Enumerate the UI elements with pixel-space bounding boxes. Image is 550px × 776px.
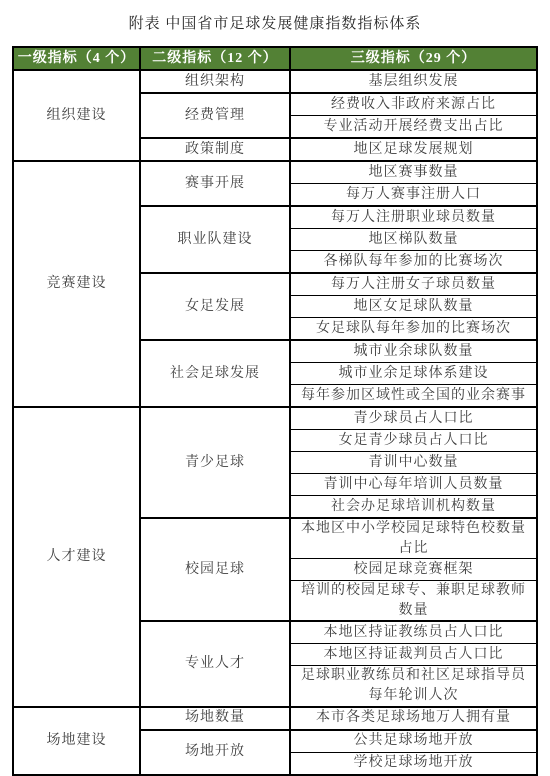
level2-indicator-cell: 政策制度 <box>140 138 290 161</box>
level2-indicator-cell: 场地数量 <box>140 707 290 730</box>
level3-indicator-cell: 城市业余球队数量 <box>290 340 537 363</box>
level2-indicator-cell: 经费管理 <box>140 93 290 138</box>
header-row: 一级指标（4 个） 二级指标（12 个） 三级指标（29 个） <box>13 47 537 70</box>
page-title: 附表 中国省市足球发展健康指数指标体系 <box>0 12 550 33</box>
level3-indicator-cell: 公共足球场地开放 <box>290 730 537 753</box>
level3-indicator-cell: 基层组织发展 <box>290 70 537 93</box>
level3-indicator-cell: 校园足球竞赛框架 <box>290 559 537 581</box>
level2-indicator-cell: 职业队建设 <box>140 206 290 273</box>
level3-indicator-cell: 每万人注册职业球员数量 <box>290 206 537 229</box>
level3-indicator-cell: 学校足球场地开放 <box>290 752 537 775</box>
header-cell-level1: 一级指标（4 个） <box>13 47 140 70</box>
level3-indicator-cell: 足球职业教练员和社区足球指导员 每年轮训人次 <box>290 666 537 707</box>
level3-indicator-cell: 地区足球发展规划 <box>290 138 537 161</box>
table-row: 组织建设组织架构基层组织发展 <box>13 70 537 93</box>
level3-indicator-cell: 城市业余足球体系建设 <box>290 363 537 385</box>
level2-indicator-cell: 青少足球 <box>140 407 290 518</box>
level3-indicator-cell: 本地区中小学校园足球特色校数量 占比 <box>290 518 537 559</box>
level3-indicator-cell: 地区女足球队数量 <box>290 296 537 318</box>
level2-indicator-cell: 社会足球发展 <box>140 340 290 407</box>
level3-indicator-cell: 青训中心数量 <box>290 452 537 474</box>
level2-indicator-cell: 赛事开展 <box>140 161 290 206</box>
level2-indicator-cell: 校园足球 <box>140 518 290 621</box>
level3-indicator-cell: 本地区持证教练员占人口比 <box>290 621 537 644</box>
level2-indicator-cell: 女足发展 <box>140 273 290 340</box>
header-cell-level2: 二级指标（12 个） <box>140 47 290 70</box>
level3-indicator-cell: 社会办足球培训机构数量 <box>290 496 537 519</box>
level3-indicator-cell: 每万人赛事注册人口 <box>290 184 537 207</box>
level2-indicator-cell: 组织架构 <box>140 70 290 93</box>
indicator-table-body: 组织建设组织架构基层组织发展经费管理经费收入非政府来源占比专业活动开展经费支出占… <box>13 70 537 775</box>
indicator-table: 一级指标（4 个） 二级指标（12 个） 三级指标（29 个） 组织建设组织架构… <box>12 46 538 776</box>
level3-indicator-cell: 地区梯队数量 <box>290 229 537 251</box>
level3-indicator-cell: 专业活动开展经费支出占比 <box>290 116 537 139</box>
header-cell-level3: 三级指标（29 个） <box>290 47 537 70</box>
level3-indicator-cell: 本地区持证裁判员占人口比 <box>290 644 537 666</box>
table-row: 场地建设场地数量本市各类足球场地万人拥有量 <box>13 707 537 730</box>
level3-indicator-cell: 经费收入非政府来源占比 <box>290 93 537 116</box>
level3-indicator-cell: 每万人注册女子球员数量 <box>290 273 537 296</box>
table-row: 竞赛建设赛事开展地区赛事数量 <box>13 161 537 184</box>
level3-indicator-cell: 女足球队每年参加的比赛场次 <box>290 318 537 341</box>
level3-indicator-cell: 本市各类足球场地万人拥有量 <box>290 707 537 730</box>
table-row: 人才建设青少足球青少球员占人口比 <box>13 407 537 430</box>
level1-indicator-cell: 竞赛建设 <box>13 161 140 407</box>
level3-indicator-cell: 女足青少球员占人口比 <box>290 430 537 452</box>
level3-indicator-cell: 培训的校园足球专、兼职足球教师 数量 <box>290 581 537 622</box>
level3-indicator-cell: 青训中心每年培训人员数量 <box>290 474 537 496</box>
document-page: 附表 中国省市足球发展健康指数指标体系 一级指标（4 个） 二级指标（12 个）… <box>0 0 550 776</box>
level3-indicator-cell: 地区赛事数量 <box>290 161 537 184</box>
level3-indicator-cell: 每年参加区域性或全国的业余赛事 <box>290 385 537 408</box>
level2-indicator-cell: 场地开放 <box>140 730 290 775</box>
level1-indicator-cell: 组织建设 <box>13 70 140 161</box>
table-header: 一级指标（4 个） 二级指标（12 个） 三级指标（29 个） <box>13 47 537 70</box>
level3-indicator-cell: 各梯队每年参加的比赛场次 <box>290 251 537 274</box>
level1-indicator-cell: 场地建设 <box>13 707 140 775</box>
level1-indicator-cell: 人才建设 <box>13 407 140 707</box>
level3-indicator-cell: 青少球员占人口比 <box>290 407 537 430</box>
level2-indicator-cell: 专业人才 <box>140 621 290 706</box>
